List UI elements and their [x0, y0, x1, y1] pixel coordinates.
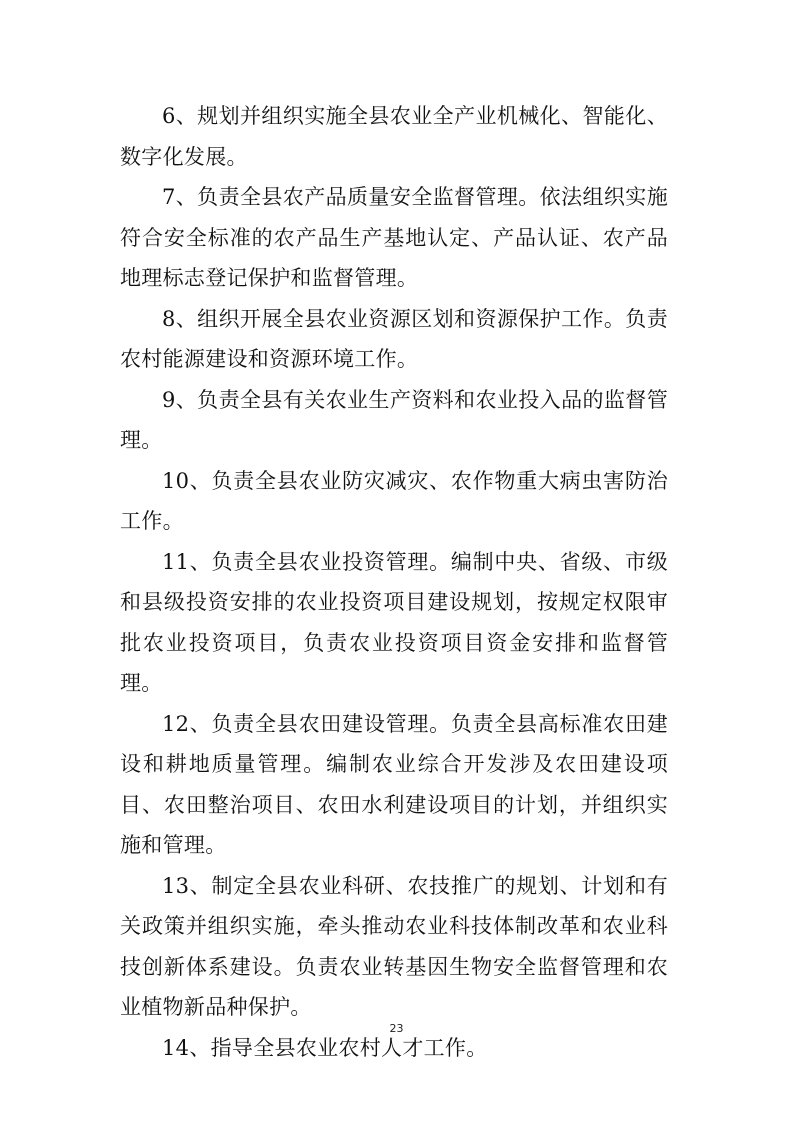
paragraph-item-6: 6、规划并组织实施全县农业全产业机械化、智能化、数字化发展。 — [120, 96, 668, 177]
paragraph-item-11: 11、负责全县农业投资管理。编制中央、省级、市级和县级投资安排的农业投资项目建设… — [120, 542, 668, 704]
paragraph-item-10: 10、负责全县农业防灾减灾、农作物重大病虫害防治工作。 — [120, 461, 668, 542]
paragraph-item-13: 13、制定全县农业科研、农技推广的规划、计划和有关政策并组织实施，牵头推动农业科… — [120, 866, 668, 1028]
page-number: 23 — [0, 1022, 793, 1035]
paragraph-item-9: 9、负责全县有关农业生产资料和农业投入品的监督管理。 — [120, 380, 668, 461]
document-page: 6、规划并组织实施全县农业全产业机械化、智能化、数字化发展。 7、负责全县农产品… — [0, 0, 793, 1122]
paragraph-item-7: 7、负责全县农产品质量安全监督管理。依法组织实施符合安全标准的农产品生产基地认定… — [120, 177, 668, 299]
paragraph-item-8: 8、组织开展全县农业资源区划和资源保护工作。负责农村能源建设和资源环境工作。 — [120, 299, 668, 380]
document-body: 6、规划并组织实施全县农业全产业机械化、智能化、数字化发展。 7、负责全县农产品… — [120, 96, 668, 1068]
paragraph-item-12: 12、负责全县农田建设管理。负责全县高标准农田建设和耕地质量管理。编制农业综合开… — [120, 704, 668, 866]
